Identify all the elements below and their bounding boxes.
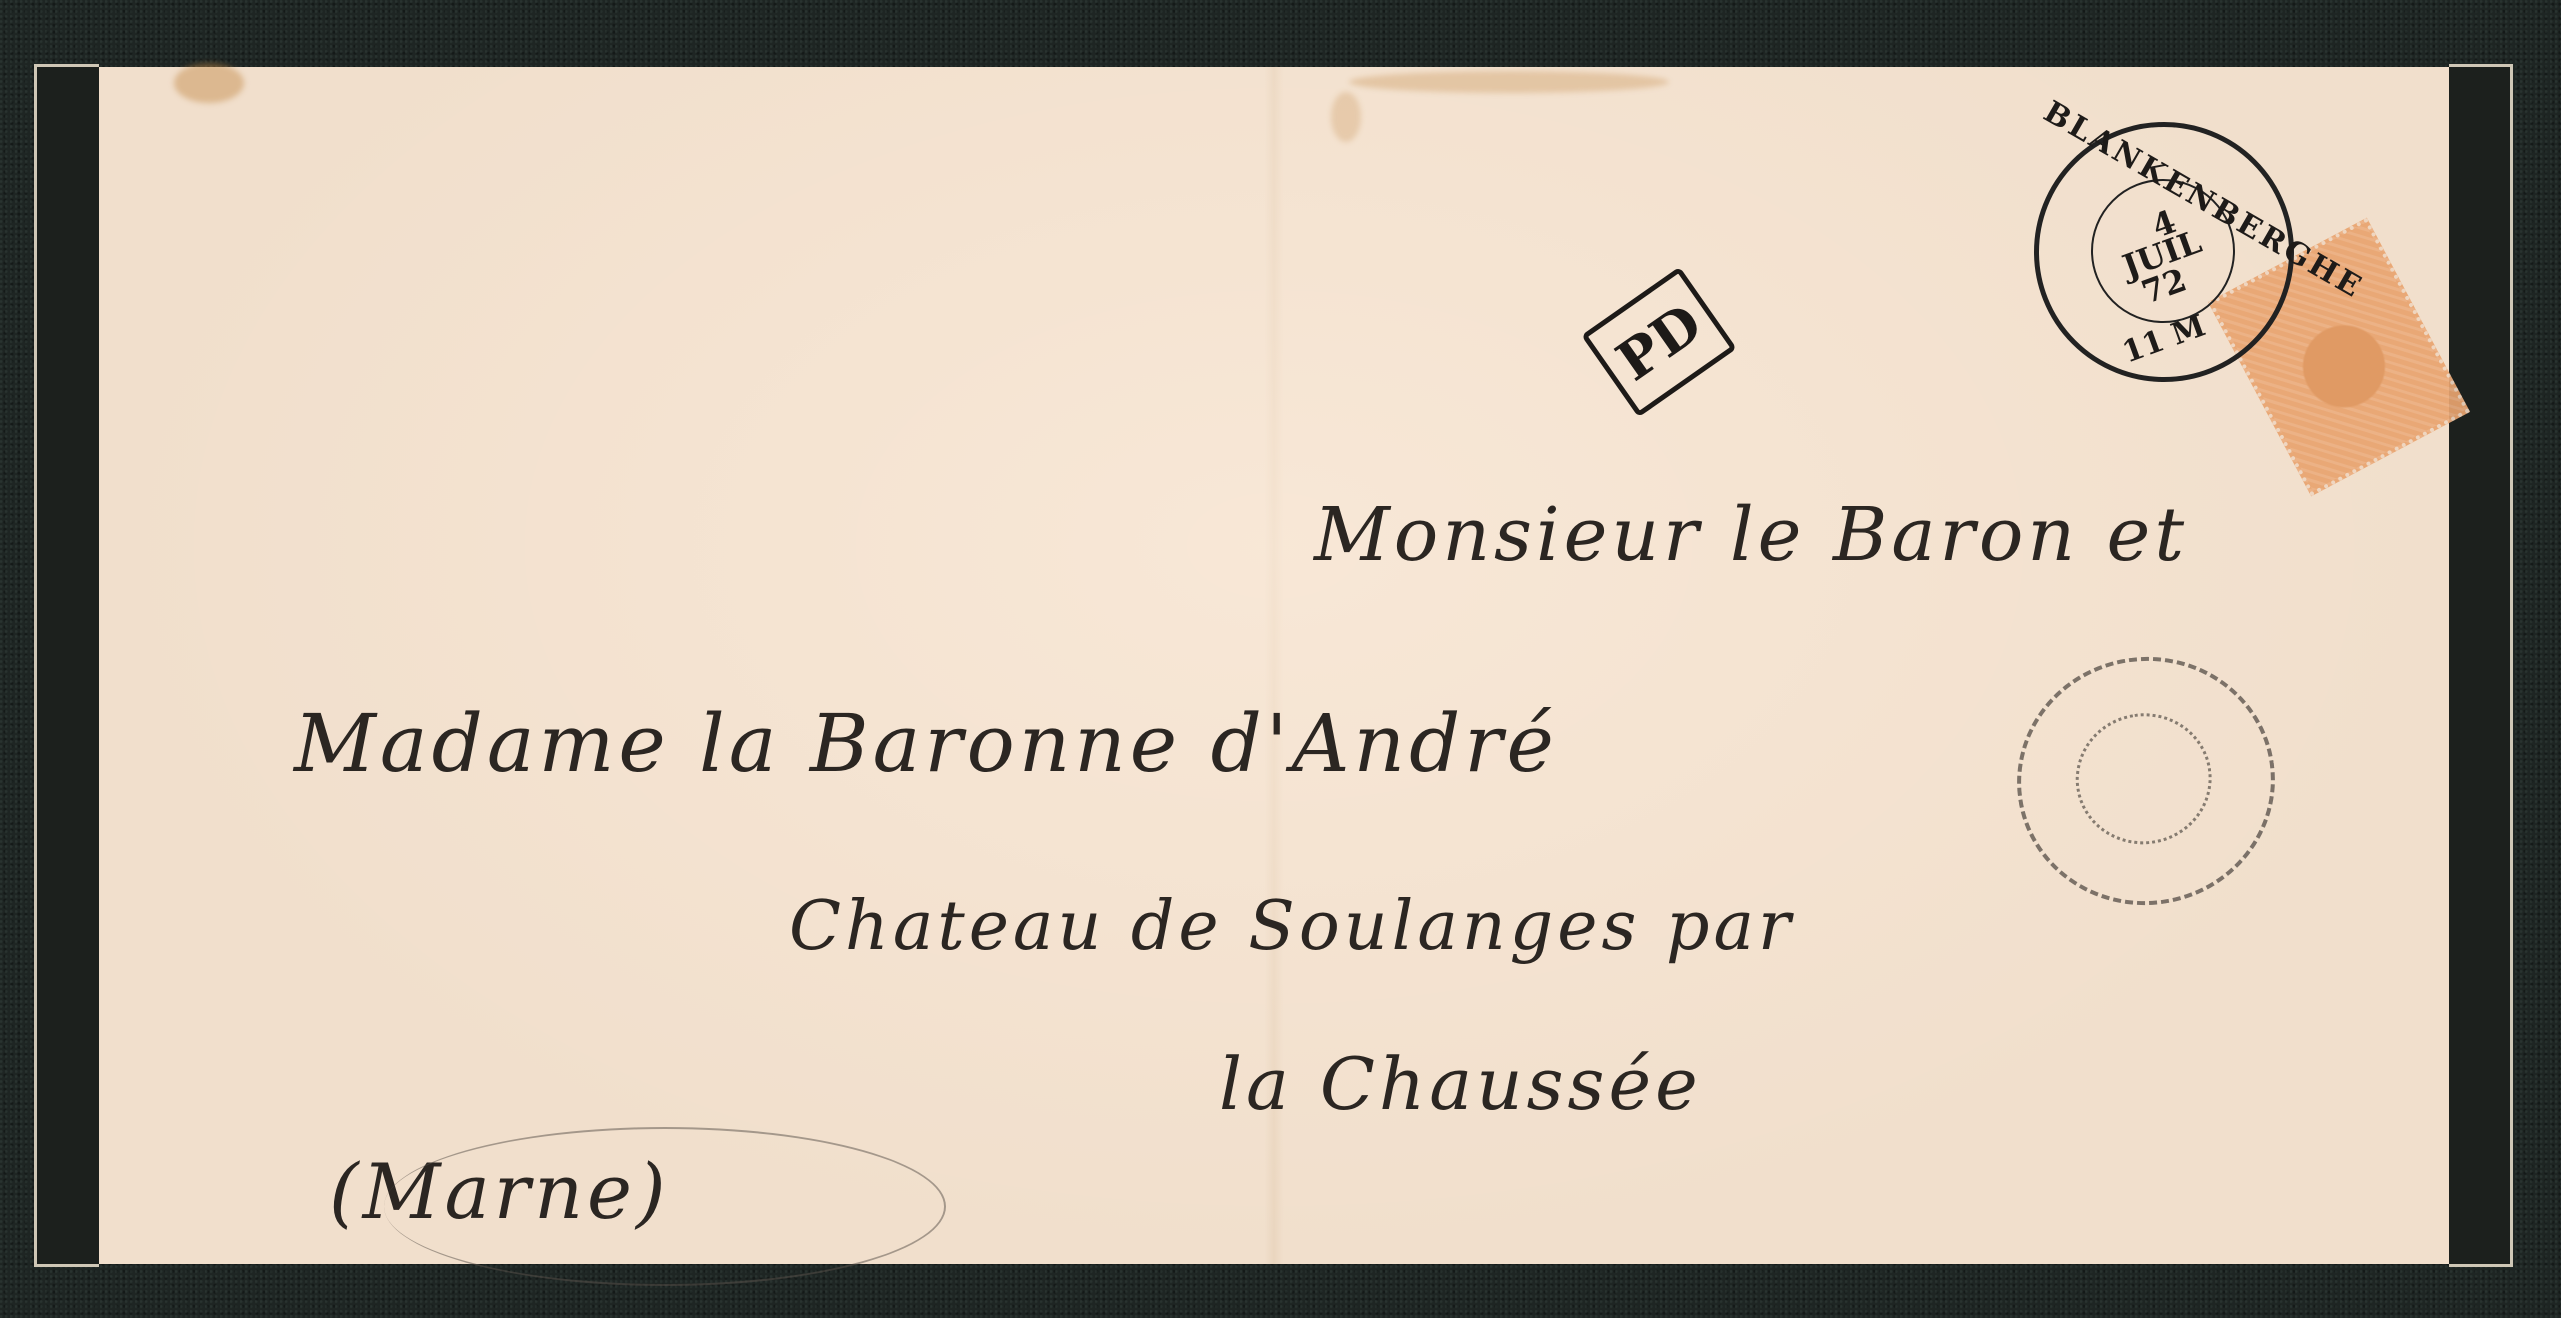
arrival-postmark-inner-ring [2067,704,2220,853]
departure-postmark: BLANKENBERGHE 4 JUIL 72 11 M [2034,122,2294,382]
address-line-3: Chateau de Soulanges par [789,887,1795,966]
address-flourish [384,1127,946,1286]
pd-handstamp: PD [1581,267,1737,418]
envelope-paper: PD BLANKENBERGHE 4 JUIL 72 11 M Monsieur… [99,67,2449,1264]
water-stain [174,63,244,103]
address-line-1: Monsieur le Baron et [1314,492,2188,578]
right-mourning-band [2449,64,2513,1267]
mourning-cover: PD BLANKENBERGHE 4 JUIL 72 11 M Monsieur… [34,64,2513,1267]
water-stain [1331,92,1361,142]
address-line-4: la Chaussée [1219,1042,1702,1126]
arrival-postmark [2001,640,2291,921]
left-mourning-band [34,64,99,1267]
address-line-2: Madame la Baronne d'André [294,697,1558,790]
water-stain [1349,71,1669,93]
